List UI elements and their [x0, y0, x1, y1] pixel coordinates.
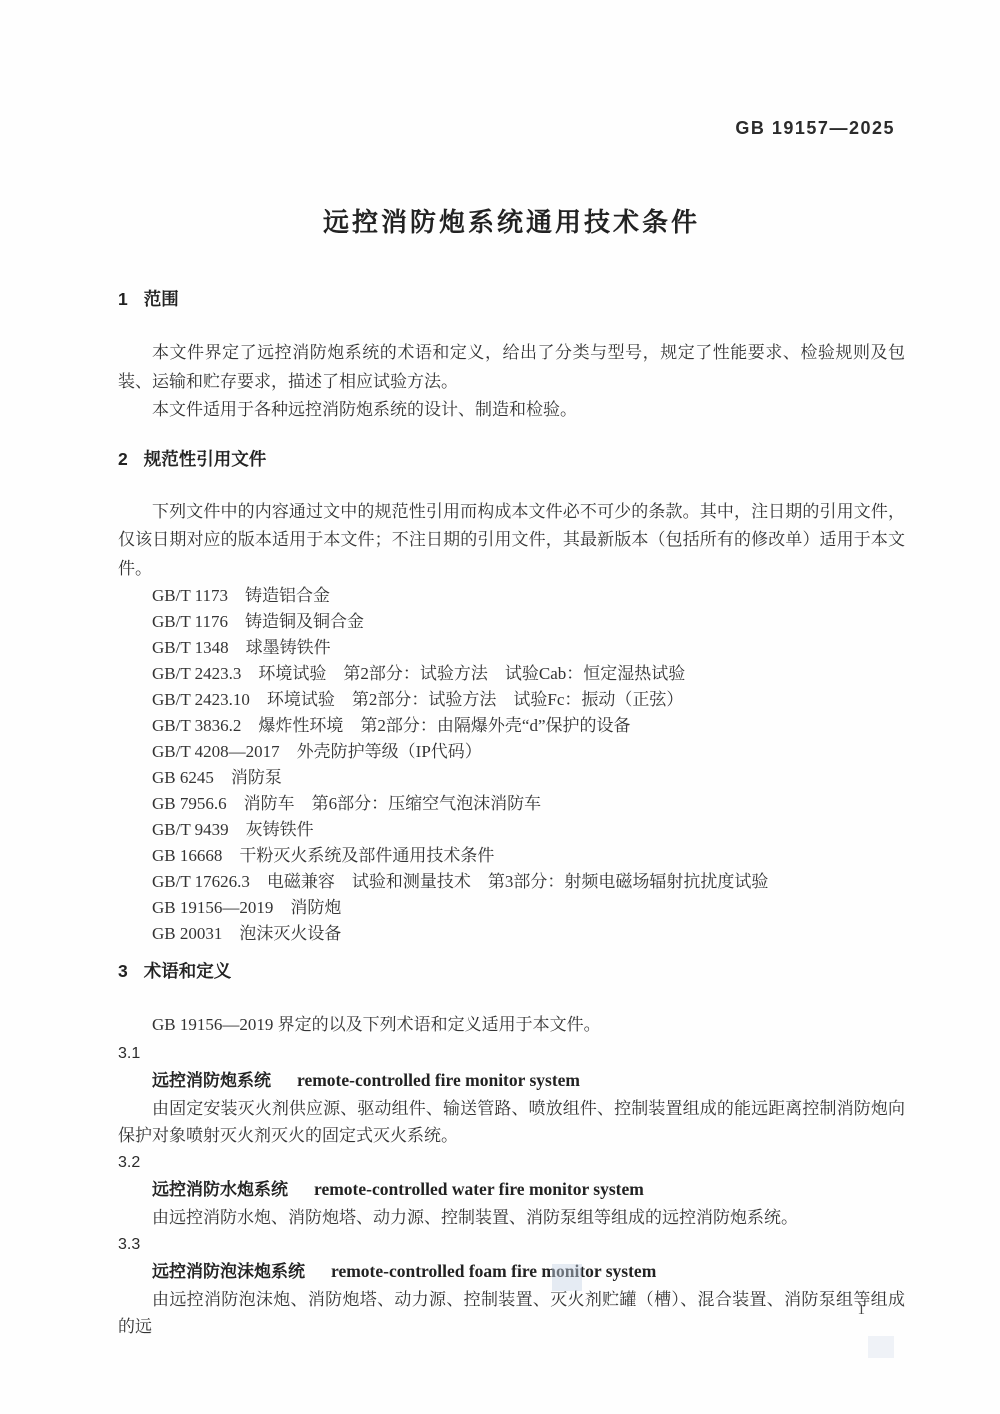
term-name-zh: 远控消防炮系统: [152, 1071, 271, 1090]
reference-item: GB 19156—2019 消防炮: [118, 895, 905, 921]
term-number: 3.1: [118, 1040, 905, 1067]
reference-item: GB/T 2423.3 环境试验 第2部分：试验方法 试验Cab：恒定湿热试验: [118, 661, 905, 687]
reference-item: GB 7956.6 消防车 第6部分：压缩空气泡沫消防车: [118, 791, 905, 817]
reference-item: GB/T 17626.3 电磁兼容 试验和测量技术 第3部分：射频电磁场辐射抗扰…: [118, 869, 905, 895]
term-definition: 由固定安装灭火剂供应源、驱动组件、输送管路、喷放组件、控制装置组成的能远距离控制…: [118, 1095, 905, 1149]
scope-paragraph-1: 本文件界定了远控消防炮系统的术语和定义，给出了分类与型号，规定了性能要求、检验规…: [118, 339, 905, 396]
reference-item: GB 20031 泡沫灭火设备: [118, 921, 905, 947]
reference-item: GB/T 1348 球墨铸铁件: [118, 635, 905, 661]
section-heading-references: 2规范性引用文件: [118, 447, 905, 471]
section-number: 3: [118, 959, 128, 983]
page-number: 1: [858, 1300, 866, 1320]
term-title-line: 远控消防泡沫炮系统remote-controlled foam fire mon…: [118, 1258, 905, 1286]
reference-item: GB/T 1173 铸造铝合金: [118, 583, 905, 609]
scope-paragraph-2: 本文件适用于各种远控消防炮系统的设计、制造和检验。: [118, 396, 905, 425]
section-heading-scope: 1范围: [118, 287, 905, 311]
term-name-zh: 远控消防泡沫炮系统: [152, 1262, 305, 1281]
term-entry-3-2: 3.2 远控消防水炮系统remote-controlled water fire…: [118, 1149, 905, 1231]
standard-document-page: GB 19157—2025 远控消防炮系统通用技术条件 1范围 本文件界定了远控…: [0, 0, 1000, 1414]
page-content: GB 19157—2025 远控消防炮系统通用技术条件 1范围 本文件界定了远控…: [0, 0, 1000, 1340]
term-entry-3-3: 3.3 远控消防泡沫炮系统remote-controlled foam fire…: [118, 1231, 905, 1340]
term-name-en: remote-controlled water fire monitor sys…: [314, 1179, 644, 1199]
term-definition: 由远控消防泡沫炮、消防炮塔、动力源、控制装置、灭火剂贮罐（槽）、混合装置、消防泵…: [118, 1286, 905, 1340]
section-title: 范围: [144, 289, 179, 309]
term-title-line: 远控消防炮系统remote-controlled fire monitor sy…: [118, 1067, 905, 1095]
reference-item: GB/T 9439 灰铸铁件: [118, 817, 905, 843]
standard-code: GB 19157—2025: [118, 117, 905, 139]
reference-item: GB 16668 干粉灭火系统及部件通用技术条件: [118, 843, 905, 869]
reference-item: GB 6245 消防泵: [118, 765, 905, 791]
term-name-en: remote-controlled foam fire monitor syst…: [331, 1261, 656, 1281]
reference-item: GB/T 2423.10 环境试验 第2部分：试验方法 试验Fc：振动（正弦）: [118, 687, 905, 713]
normative-reference-list: GB/T 1173 铸造铝合金 GB/T 1176 铸造铜及铜合金 GB/T 1…: [118, 583, 905, 947]
section-title: 术语和定义: [144, 961, 232, 981]
section-number: 2: [118, 447, 128, 471]
term-entry-3-1: 3.1 远控消防炮系统remote-controlled fire monito…: [118, 1040, 905, 1149]
term-number: 3.2: [118, 1149, 905, 1176]
reference-item: GB/T 3836.2 爆炸性环境 第2部分：由隔爆外壳“d”保护的设备: [118, 713, 905, 739]
reference-item: GB/T 1176 铸造铜及铜合金: [118, 609, 905, 635]
terms-intro-paragraph: GB 19156—2019 界定的以及下列术语和定义适用于本文件。: [118, 1011, 905, 1040]
term-number: 3.3: [118, 1231, 905, 1258]
section-heading-terms: 3术语和定义: [118, 959, 905, 983]
section-number: 1: [118, 287, 128, 311]
term-definition: 由远控消防水炮、消防炮塔、动力源、控制装置、消防泵组等组成的远控消防炮系统。: [118, 1204, 905, 1231]
references-intro-paragraph: 下列文件中的内容通过文中的规范性引用而构成本文件必不可少的条款。其中，注日期的引…: [118, 498, 905, 584]
section-title: 规范性引用文件: [144, 449, 267, 469]
term-name-en: remote-controlled fire monitor system: [297, 1070, 580, 1090]
term-name-zh: 远控消防水炮系统: [152, 1180, 288, 1199]
term-title-line: 远控消防水炮系统remote-controlled water fire mon…: [118, 1176, 905, 1204]
reference-item: GB/T 4208—2017 外壳防护等级（IP代码）: [118, 739, 905, 765]
document-title: 远控消防炮系统通用技术条件: [118, 203, 905, 241]
